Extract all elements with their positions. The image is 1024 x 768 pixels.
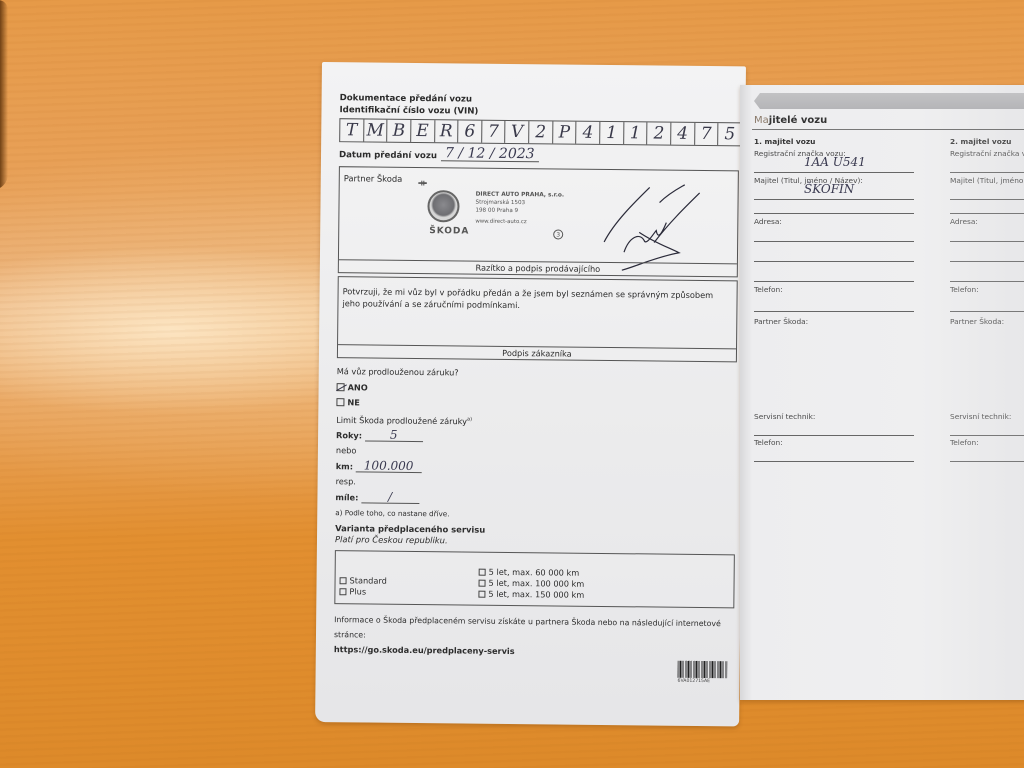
prepaid-service-link[interactable]: https://go.skoda.eu/predplaceny-servis [334, 642, 734, 661]
dealer-name: DIRECT AUTO PRAHA, s.r.o. [476, 192, 565, 199]
stamp-number: 3 [553, 229, 563, 239]
title-divider [752, 129, 1024, 130]
vin-char: P [553, 121, 577, 143]
variant-plus[interactable]: Plus [339, 586, 386, 597]
stamp-mark: ǂ [417, 181, 427, 186]
owner-2-technician-field[interactable]: Servisní technik: [950, 412, 1024, 436]
vin-char: M [364, 119, 388, 141]
vin-char: 5 [718, 123, 741, 145]
owner-1-reg-plate-field[interactable]: Registrační značka vozu: 1AA U541 [754, 149, 919, 173]
vin-char: R [435, 120, 459, 142]
skoda-wordmark: ŠKODA [429, 226, 469, 236]
handover-date-label: Datum předání vozu [339, 150, 437, 161]
owner-2-name-field[interactable]: Majitel (Titul, jméno / Název): [950, 176, 1024, 214]
handover-date-field[interactable]: 7 / 12 / 2023 [441, 146, 539, 162]
warranty-footnote: a) Podle toho, co nastane dříve. [335, 505, 735, 525]
owner-1-name-value: ŠKOFIN [804, 182, 854, 196]
owner-1-reg-plate-value: 1AA U541 [804, 155, 866, 169]
owner-1-heading: 1. majitel vozu [754, 137, 919, 146]
dark-object-edge [0, 0, 8, 190]
miles-field[interactable]: / [361, 491, 419, 504]
prepaid-service-info: Informace o Škoda předplaceném servisu z… [334, 612, 734, 661]
vin-char: 1 [624, 122, 648, 144]
dealer-web: www.direct-auto.cz [475, 219, 526, 226]
extended-warranty-section: Má vůz prodlouženou záruku? ANO NE Limit… [335, 364, 737, 525]
checkbox-icon[interactable] [479, 579, 486, 586]
partner-title: Partner Škoda [344, 173, 403, 184]
limit-150000[interactable]: 5 let, max. 150 000 km [478, 588, 584, 600]
km-label: km: [336, 461, 353, 471]
checkbox-checked-icon[interactable] [337, 383, 345, 391]
owner-2-reg-plate-field[interactable]: Registrační značka vozu: [950, 149, 1024, 173]
vin-char: V [506, 121, 530, 143]
vin-field[interactable]: T M B E R 6 7 V 2 P 4 1 1 2 4 7 5 [339, 118, 742, 146]
owner-2-address-field[interactable]: Adresa: [950, 217, 1024, 282]
vin-char: 1 [600, 122, 624, 144]
dealer-address: DIRECT AUTO PRAHA, s.r.o. Strojmarská 15… [475, 191, 564, 216]
confirmation-text: Potvrzuji, že mi vůz byl v pořádku předá… [342, 285, 730, 313]
owners-page: Majitelé vozu 1. majitel vozu Registračn… [740, 85, 1024, 700]
owner-1-partner-field[interactable]: Partner Škoda: [754, 317, 919, 412]
info-text: Informace o Škoda předplaceném servisu z… [334, 612, 734, 646]
vin-char: 4 [577, 122, 601, 144]
checkbox-icon[interactable] [478, 590, 485, 597]
barcode: 6VA012715AE [678, 661, 728, 685]
owner-1-column: 1. majitel vozu Registrační značka vozu:… [754, 137, 919, 462]
handover-document-page: Dokumentace předání vozu Identifikační č… [315, 62, 746, 726]
checkbox-icon[interactable] [336, 398, 344, 406]
vin-char: 2 [647, 122, 671, 144]
owner-1-technician-phone-field[interactable]: Telefon: [754, 438, 919, 462]
owner-2-column: 2. majitel vozu Registrační značka vozu:… [950, 137, 1024, 462]
owner-2-phone-field[interactable]: Telefon: [950, 285, 1024, 312]
miles-label: míle: [335, 492, 358, 502]
vin-char: E [411, 120, 435, 142]
owner-1-address-field[interactable]: Adresa: [754, 217, 919, 282]
customer-confirmation-box: Potvrzuji, že mi vůz byl v pořádku předá… [337, 276, 738, 362]
prepaid-service-box: Standard Plus 5 let, max. 60 000 km 5 le… [334, 550, 735, 608]
skoda-logo-icon [427, 190, 459, 222]
years-field[interactable]: 5 [365, 429, 423, 442]
vin-char: T [340, 119, 364, 141]
checkbox-icon[interactable] [339, 588, 346, 595]
barcode-icon [678, 661, 728, 679]
vin-char: 6 [458, 120, 482, 142]
checkbox-icon[interactable] [479, 568, 486, 575]
barcode-text: 6VA012715AE [678, 679, 728, 685]
prepaid-service-heading: Varianta předplaceného servisu Platí pro… [335, 523, 735, 549]
checkbox-icon[interactable] [340, 577, 347, 584]
km-field[interactable]: 100.000 [356, 460, 422, 473]
vin-char: 7 [695, 123, 719, 145]
owner-2-partner-field[interactable]: Partner Škoda: [950, 317, 1024, 412]
handover-date-row: Datum předání vozu 7 / 12 / 2023 [339, 145, 739, 164]
vin-char: B [387, 120, 411, 142]
variant-standard[interactable]: Standard [340, 575, 387, 586]
seller-signature [594, 182, 705, 273]
owner-1-technician-field[interactable]: Servisní technik: [754, 412, 919, 436]
service-variants: Standard Plus [339, 575, 386, 597]
owner-1-phone-field[interactable]: Telefon: [754, 285, 919, 312]
vin-char: 7 [482, 121, 506, 143]
owner-1-name-field[interactable]: Majitel (Titul, jméno / Název): ŠKOFIN [754, 176, 919, 214]
owner-2-heading: 2. majitel vozu [950, 137, 1024, 146]
owner-2-technician-phone-field[interactable]: Telefon: [950, 438, 1024, 462]
vin-char: 4 [671, 123, 695, 145]
years-label: Roky: [336, 430, 362, 440]
owners-title: Majitelé vozu [754, 115, 827, 126]
partner-stamp-box: Partner Škoda ǂ ŠKODA DIRECT AUTO PRAHA,… [338, 166, 739, 277]
customer-signature-label[interactable]: Podpis zákazníka [338, 344, 736, 361]
service-limits: 5 let, max. 60 000 km 5 let, max. 100 00… [478, 566, 584, 600]
dealer-street: Strojmarská 1503 [476, 200, 526, 207]
header-banner [754, 93, 1024, 109]
seller-signature-label: Razítko a podpis prodávajícího [339, 259, 737, 276]
vin-char: 2 [529, 121, 553, 143]
dealer-city: 198 00 Praha 9 [475, 208, 518, 214]
